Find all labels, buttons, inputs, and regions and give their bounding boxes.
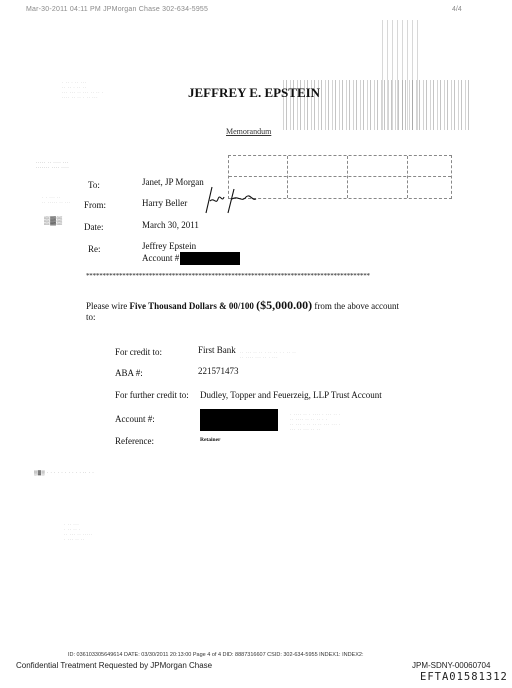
scan-noise-text: · ·· ···· ·· ·· ··· ··· ·· ······ ··· ··… — [64, 522, 93, 542]
confidential-notice: Confidential Treatment Requested by JPMo… — [16, 661, 212, 670]
efta-number: EFTA01581312 — [420, 671, 508, 683]
for-further-credit-value: Dudley, Topper and Feuerzeig, LLP Trust … — [200, 390, 382, 400]
memo-re-label: Re: — [88, 244, 101, 254]
memo-account-label: Account # — [142, 253, 179, 263]
reference-label: Reference: — [115, 436, 154, 446]
scan-noise-text: · · ··· ···· ····· ·· ··· — [42, 195, 71, 205]
stamp-grid-artifact — [228, 155, 452, 199]
memo-from-label: From: — [84, 200, 106, 210]
fax-page-count: 4/4 — [452, 6, 462, 13]
scan-noise-text: ▒▓▒ — [44, 218, 63, 223]
aba-label: ABA #: — [115, 368, 143, 378]
memo-re-value: Jeffrey Epstein — [142, 241, 196, 251]
scan-noise-text: ····· ·· ···· ·········· ···· ···· — [36, 160, 69, 170]
memo-date-value: March 30, 2011 — [142, 220, 199, 230]
reference-value: Retainer — [200, 437, 220, 443]
scan-noise-text: · ···· ·· · ···· · ··· ·· ··· ···· ·· ··… — [290, 412, 341, 432]
amount-words: Five Thousand Dollars & 00/100 — [129, 301, 253, 311]
for-credit-to-label: For credit to: — [115, 347, 162, 357]
memo-date-label: Date: — [84, 222, 104, 232]
account-number-label: Account #: — [115, 414, 155, 424]
scan-noise-text: ·· ··· ·· ·· · ·· ·· · · ·· ···· ···· ··… — [240, 350, 296, 360]
memo-to-label: To: — [88, 180, 100, 190]
memo-from-value: Harry Beller — [142, 198, 187, 208]
scan-artifact-barcode — [380, 20, 420, 130]
bates-number: JPM-SDNY-00060704 — [412, 661, 490, 670]
signature — [198, 185, 258, 215]
fax-id-line: ID: 03610330564961​4 DATE: 03/30/2011 20… — [68, 652, 363, 658]
wire-instruction-line2: to: — [86, 312, 96, 322]
for-further-credit-label: For further credit to: — [115, 390, 189, 400]
memorandum-heading: Memorandum — [226, 127, 271, 136]
wire-instruction: Please wire Five Thousand Dollars & 00/1… — [86, 298, 399, 313]
amount-number: ($5,000.00) — [256, 298, 312, 312]
letterhead-title: JEFFREY E. EPSTEIN — [188, 85, 320, 101]
separator-line: ****************************************… — [86, 272, 370, 280]
fax-transmission-header: Mar-30-2011 04:11 PM JPMorgan Chase 302-… — [26, 6, 208, 13]
memo-to-value: Janet, JP Morgan — [142, 177, 204, 187]
aba-value: 221571473 — [198, 366, 239, 376]
scan-noise-text: · ·· · ·· ····· ·· · ·· ····· ··· ·· ···… — [62, 80, 104, 100]
scan-noise-text: ▒▓▒ · · · · · · · · · · ·· · · — [34, 470, 94, 475]
redaction-beneficiary-account — [200, 409, 278, 431]
for-credit-to-value: First Bank — [198, 345, 236, 355]
redaction-account-number — [180, 252, 240, 265]
